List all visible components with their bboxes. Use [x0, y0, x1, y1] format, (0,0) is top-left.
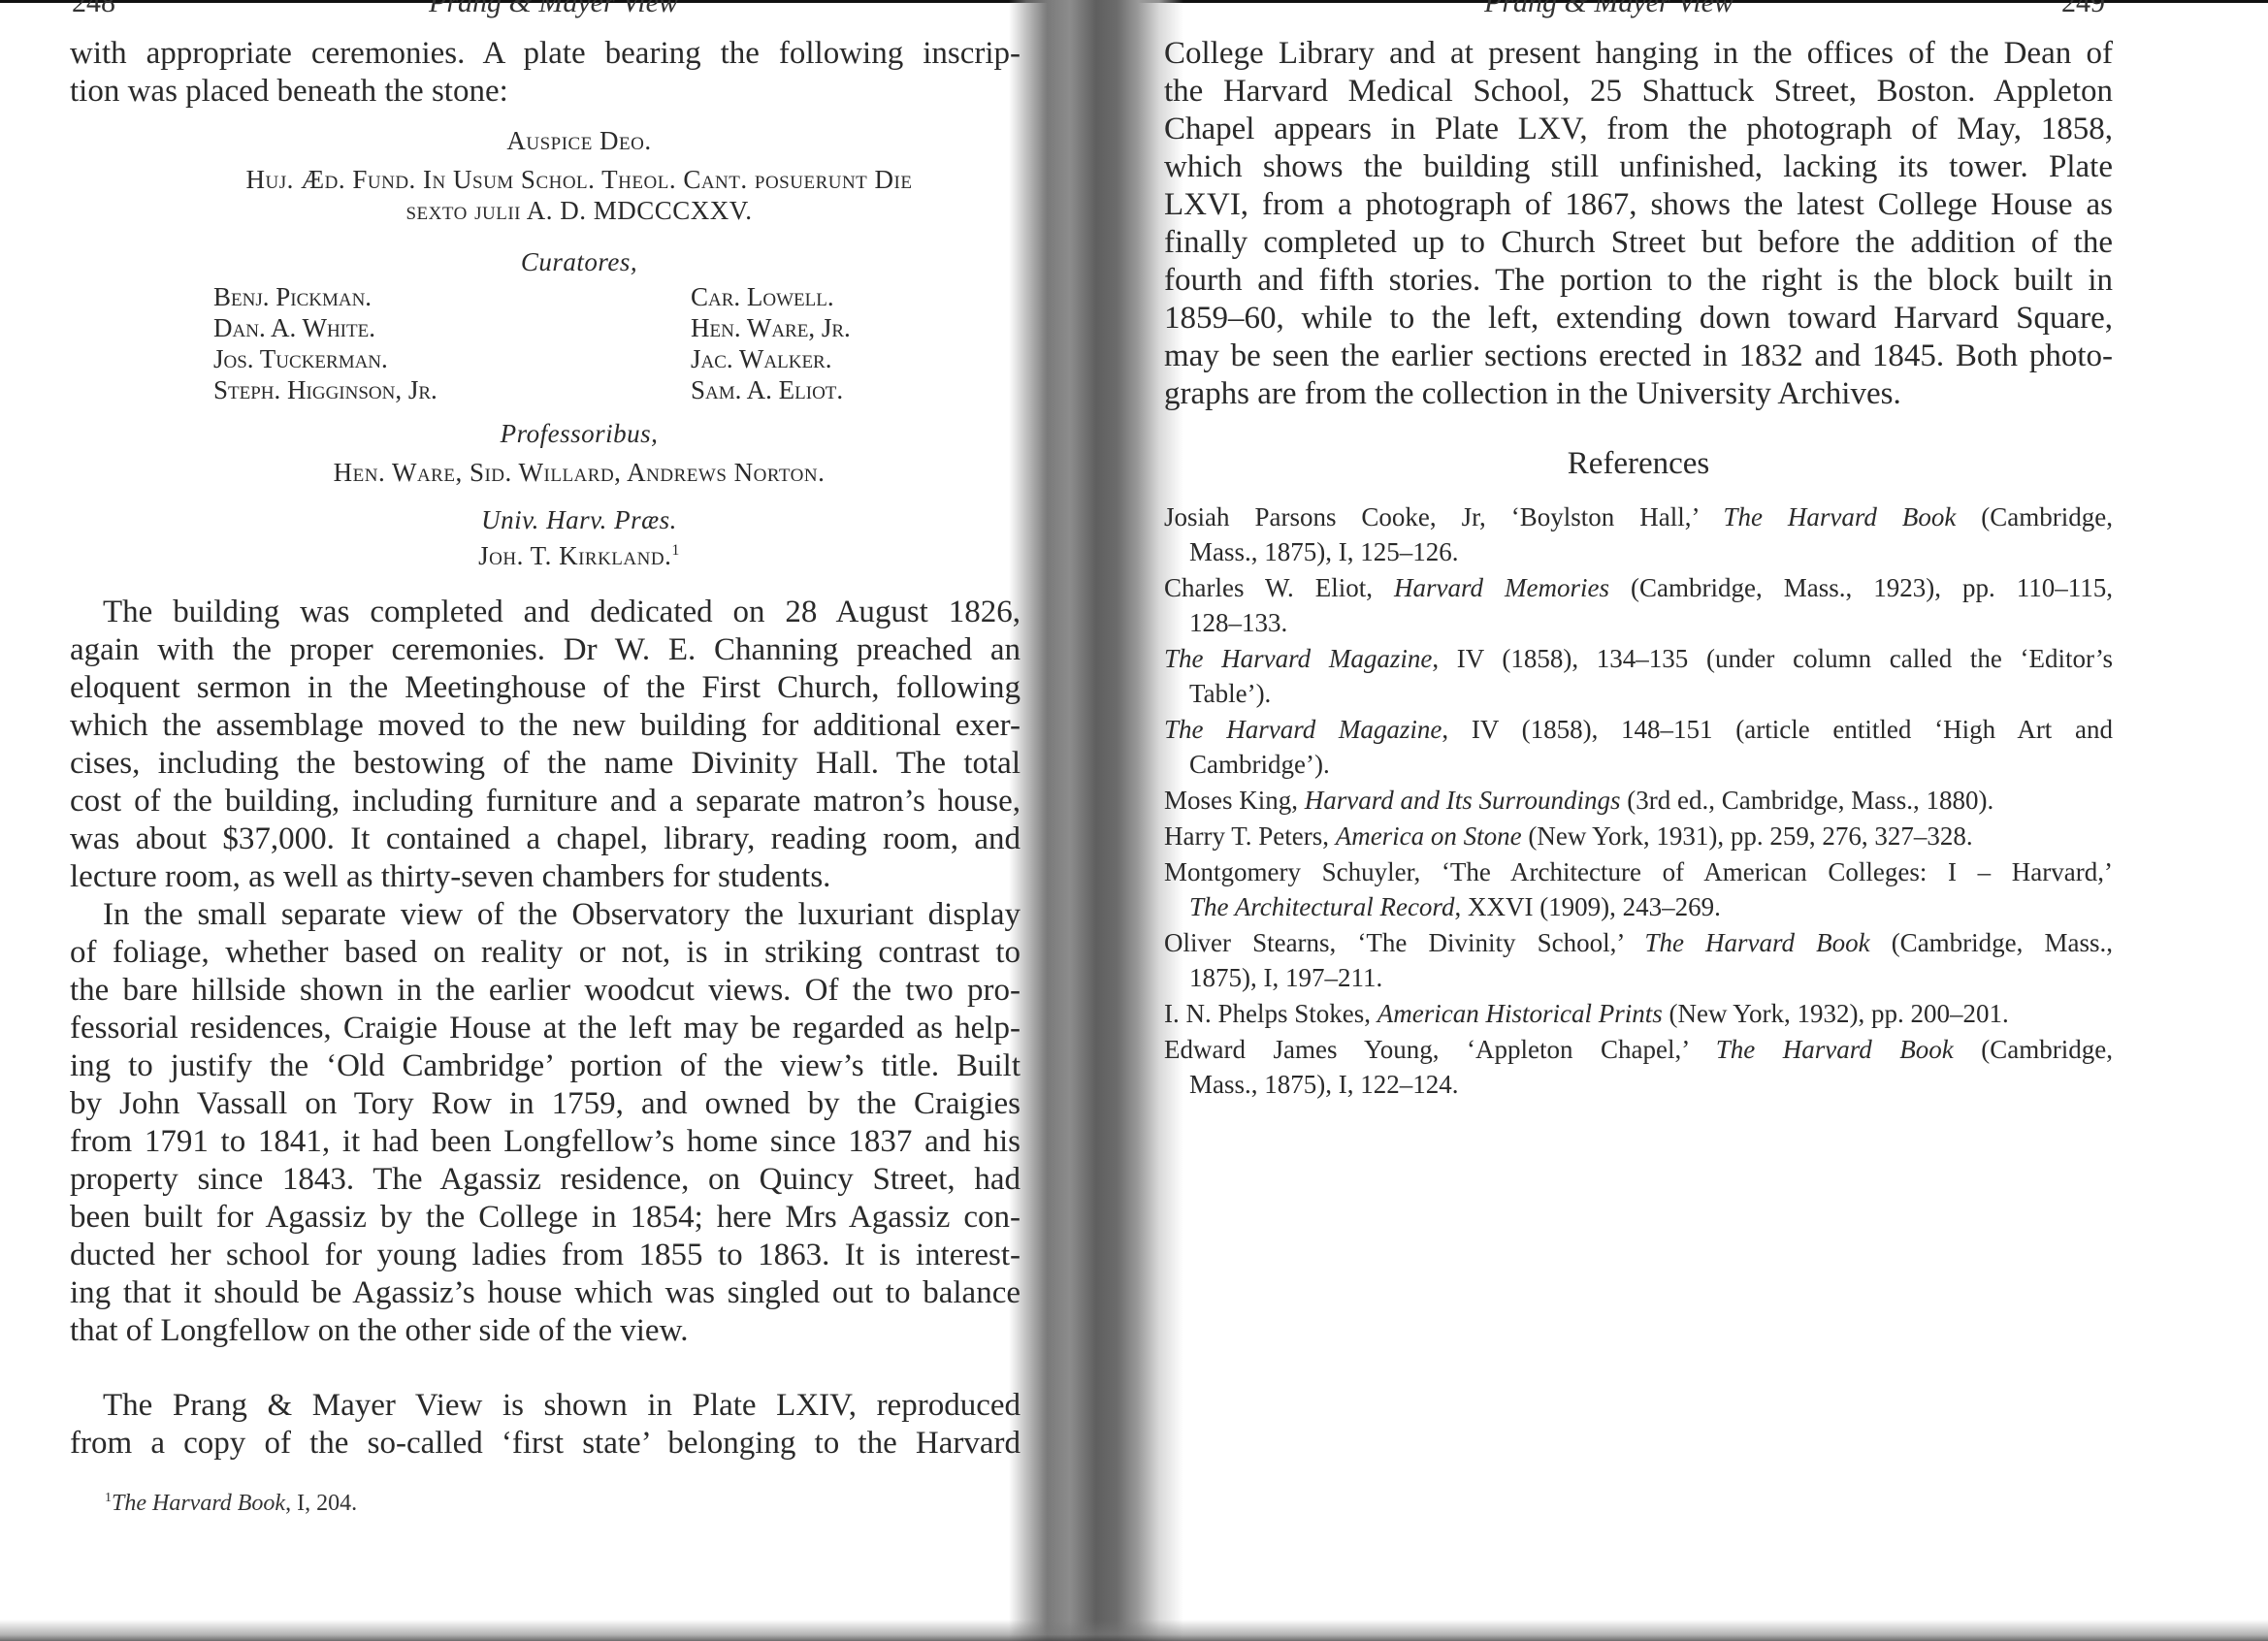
reference-line: 128–133.: [1164, 605, 2113, 640]
curator-name: Dan. A. White.: [213, 312, 437, 343]
text-line: from a copy of the so-called ‘first stat…: [70, 1425, 1021, 1463]
reference-line: Charles W. Eliot, Harvard Memories (Camb…: [1164, 570, 2113, 605]
reference-line: Oliver Stearns, ‘The Divinity School,’ T…: [1164, 925, 2113, 960]
reference-entry: The Harvard Magazine, IV (1858), 134–135…: [1164, 641, 2113, 711]
reference-text: (3rd ed., Cambridge, Mass., 1880).: [1621, 786, 1994, 815]
text-line: Chapel appears in Plate LXV, from the ph…: [1164, 111, 2113, 148]
curatores-label: Curatores,: [70, 247, 1088, 277]
text-line: was about $37,000. It contained a chapel…: [70, 820, 1021, 858]
curator-name: Hen. Ware, Jr.: [691, 312, 851, 343]
page-number: 249: [2061, 0, 2105, 19]
reference-title: The Harvard Magazine: [1164, 715, 1442, 744]
reference-text: (Cambridge, Mass., 1923), pp. 110–115,: [1609, 573, 2113, 602]
reference-text: (New York, 1931), pp. 259, 276, 327–328.: [1522, 821, 1973, 851]
reference-text: Montgomery Schuyler, ‘The Architecture o…: [1164, 857, 2113, 886]
page-number: 248: [72, 0, 115, 19]
text-line: which the assemblage moved to the new bu…: [70, 707, 1021, 745]
text-line: the Harvard Medical School, 25 Shattuck …: [1164, 73, 2113, 111]
reference-entry: Oliver Stearns, ‘The Divinity School,’ T…: [1164, 925, 2113, 995]
reference-title: American Historical Prints: [1377, 999, 1663, 1028]
running-title: Prang & Mayer View: [1484, 0, 1733, 19]
inscription-line: Huj. Æd. Fund. In Usum Schol. Theol. Can…: [70, 165, 1088, 195]
text-line: tion was placed beneath the stone:: [70, 73, 1021, 111]
text-line: ing that it should be Agassiz’s house wh…: [70, 1274, 1021, 1312]
curator-name: Jac. Walker.: [691, 343, 851, 374]
reference-text: , IV (1858), 148–151 (article entitled ‘…: [1442, 715, 2113, 744]
reference-entry: Montgomery Schuyler, ‘The Architecture o…: [1164, 854, 2113, 924]
reference-text: (Cambridge, Mass.,: [1870, 928, 2113, 957]
reference-line: The Harvard Magazine, IV (1858), 148–151…: [1164, 712, 2113, 747]
curatores-left-column: Benj. Pickman. Dan. A. White. Jos. Tucke…: [213, 281, 437, 405]
references-heading: References: [1164, 446, 2113, 482]
text-line: again with the proper ceremonies. Dr W. …: [70, 631, 1021, 669]
footnote-number: 1: [105, 1491, 112, 1505]
reference-text: , IV (1858), 134–135 (under column calle…: [1432, 644, 2113, 673]
reference-line: The Architectural Record, XXVI (1909), 2…: [1164, 889, 2113, 924]
curator-name: Sam. A. Eliot.: [691, 374, 851, 405]
reference-text: Harry T. Peters,: [1164, 821, 1336, 851]
reference-line: Edward James Young, ‘Appleton Chapel,’ T…: [1164, 1032, 2113, 1067]
president-name-line: Joh. T. Kirkland.1: [70, 541, 1088, 571]
reference-title: Harvard and Its Surroundings: [1305, 786, 1621, 815]
reference-title: The Harvard Book: [1723, 502, 1956, 531]
reference-title: America on Stone: [1336, 821, 1522, 851]
text-line: ducted her school for young ladies from …: [70, 1237, 1021, 1274]
reference-title: The Architectural Record: [1189, 892, 1454, 921]
text-line: by John Vassall on Tory Row in 1759, and…: [70, 1085, 1021, 1123]
reference-text: (Cambridge,: [1954, 1035, 2113, 1064]
reference-text: Mass., 1875), I, 122–124.: [1189, 1070, 1459, 1099]
text-line: eloquent sermon in the Meetinghouse of t…: [70, 669, 1021, 707]
reference-line: Mass., 1875), I, 122–124.: [1164, 1067, 2113, 1102]
book-gutter-shadow: [1009, 0, 1183, 1641]
reference-text: 128–133.: [1189, 608, 1287, 637]
reference-text: I. N. Phelps Stokes,: [1164, 999, 1377, 1028]
text-line: with appropriate ceremonies. A plate bea…: [70, 35, 1021, 73]
text-line: lecture room, as well as thirty-seven ch…: [70, 858, 1021, 896]
text-line: the bare hillside shown in the earlier w…: [70, 972, 1021, 1010]
text-line: cost of the building, including furnitur…: [70, 783, 1021, 820]
president-label: Univ. Harv. Præs.: [70, 505, 1088, 535]
running-title: Prang & Mayer View: [429, 0, 678, 19]
reference-line: Harry T. Peters, America on Stone (New Y…: [1164, 819, 2113, 853]
text-line: 1859–60, while to the left, extending do…: [1164, 300, 2113, 338]
text-line: College Library and at present hanging i…: [1164, 35, 2113, 73]
reference-line: Mass., 1875), I, 125–126.: [1164, 534, 2113, 569]
text-line: LXVI, from a photograph of 1867, shows t…: [1164, 186, 2113, 224]
reference-text: Charles W. Eliot,: [1164, 573, 1394, 602]
curator-name: Benj. Pickman.: [213, 281, 437, 312]
reference-text: , XXVI (1909), 243–269.: [1454, 892, 1720, 921]
text-line: fessorial residences, Craigie House at t…: [70, 1010, 1021, 1047]
reference-line: The Harvard Magazine, IV (1858), 134–135…: [1164, 641, 2113, 676]
reference-entry: Josiah Parsons Cooke, Jr, ‘Boylston Hall…: [1164, 499, 2113, 569]
footnote-marker[interactable]: 1: [671, 542, 680, 559]
reference-text: Oliver Stearns, ‘The Divinity School,’: [1164, 928, 1644, 957]
text-line: graphs are from the collection in the Un…: [1164, 375, 2113, 413]
reference-title: Harvard Memories: [1394, 573, 1609, 602]
curatores-right-column: Car. Lowell. Hen. Ware, Jr. Jac. Walker.…: [691, 281, 851, 405]
text-line: The Prang & Mayer View is shown in Plate…: [70, 1387, 1021, 1425]
professoribus-label: Professoribus,: [70, 419, 1088, 449]
text-line: property since 1843. The Agassiz residen…: [70, 1161, 1021, 1199]
text-line: been built for Agassiz by the College in…: [70, 1199, 1021, 1237]
text-line: may be seen the earlier sections erected…: [1164, 338, 2113, 375]
president-name: Joh. T. Kirkland.: [478, 541, 671, 570]
reference-entry: The Harvard Magazine, IV (1858), 148–151…: [1164, 712, 2113, 782]
reference-entry: Charles W. Eliot, Harvard Memories (Camb…: [1164, 570, 2113, 640]
text-line: of foliage, whether based on reality or …: [70, 934, 1021, 972]
reference-text: Josiah Parsons Cooke, Jr, ‘Boylston Hall…: [1164, 502, 1723, 531]
reference-line: Josiah Parsons Cooke, Jr, ‘Boylston Hall…: [1164, 499, 2113, 534]
reference-entry: I. N. Phelps Stokes, American Historical…: [1164, 996, 2113, 1031]
reference-line: Table’).: [1164, 676, 2113, 711]
footnote: 1The Harvard Book, I, 204.: [105, 1491, 357, 1517]
text-line: In the small separate view of the Observ…: [70, 896, 1021, 934]
text-line: fourth and fifth stories. The portion to…: [1164, 262, 2113, 300]
reference-text: Mass., 1875), I, 125–126.: [1189, 537, 1459, 566]
reference-line: I. N. Phelps Stokes, American Historical…: [1164, 996, 2113, 1031]
footnote-title: The Harvard Book: [112, 1491, 285, 1516]
reference-line: Moses King, Harvard and Its Surroundings…: [1164, 783, 2113, 818]
text-line: that of Longfellow on the other side of …: [70, 1312, 1021, 1350]
text-line: ing to justify the ‘Old Cambridge’ porti…: [70, 1047, 1021, 1085]
reference-text: Table’).: [1189, 679, 1271, 708]
curator-name: Car. Lowell.: [691, 281, 851, 312]
reference-text: 1875), I, 197–211.: [1189, 963, 1382, 992]
reference-title: The Harvard Book: [1716, 1035, 1954, 1064]
inscription-line: Auspice Deo.: [70, 126, 1088, 156]
reference-text: (Cambridge,: [1956, 502, 2113, 531]
reference-entry: Moses King, Harvard and Its Surroundings…: [1164, 783, 2113, 818]
inscription-line: sexto julii A. D. MDCCCXXV.: [70, 196, 1088, 226]
reference-line: Montgomery Schuyler, ‘The Architecture o…: [1164, 854, 2113, 889]
book-spread: 248 Prang & Mayer View with appropriate …: [0, 0, 2268, 1641]
text-line: from 1791 to 1841, it had been Longfello…: [70, 1123, 1021, 1161]
text-line: which shows the building still unfinishe…: [1164, 148, 2113, 186]
reference-text: Cambridge’).: [1189, 750, 1330, 779]
professors-names: Hen. Ware, Sid. Willard, Andrews Norton.: [70, 458, 1088, 488]
curator-name: Steph. Higginson, Jr.: [213, 374, 437, 405]
curator-name: Jos. Tuckerman.: [213, 343, 437, 374]
reference-text: Edward James Young, ‘Appleton Chapel,’: [1164, 1035, 1716, 1064]
reference-text: (New York, 1932), pp. 200–201.: [1663, 999, 2009, 1028]
footnote-citation: , I, 204.: [285, 1491, 357, 1516]
reference-text: Moses King,: [1164, 786, 1305, 815]
reference-title: The Harvard Book: [1644, 928, 1869, 957]
text-line: The building was completed and dedicated…: [70, 594, 1021, 631]
text-line: cises, including the bestowing of the na…: [70, 745, 1021, 783]
reference-line: 1875), I, 197–211.: [1164, 960, 2113, 995]
reference-entry: Edward James Young, ‘Appleton Chapel,’ T…: [1164, 1032, 2113, 1102]
reference-line: Cambridge’).: [1164, 747, 2113, 782]
reference-entry: Harry T. Peters, America on Stone (New Y…: [1164, 819, 2113, 853]
bottom-scan-edge: [0, 1620, 2268, 1641]
reference-title: The Harvard Magazine: [1164, 644, 1432, 673]
text-line: finally completed up to Church Street bu…: [1164, 224, 2113, 262]
